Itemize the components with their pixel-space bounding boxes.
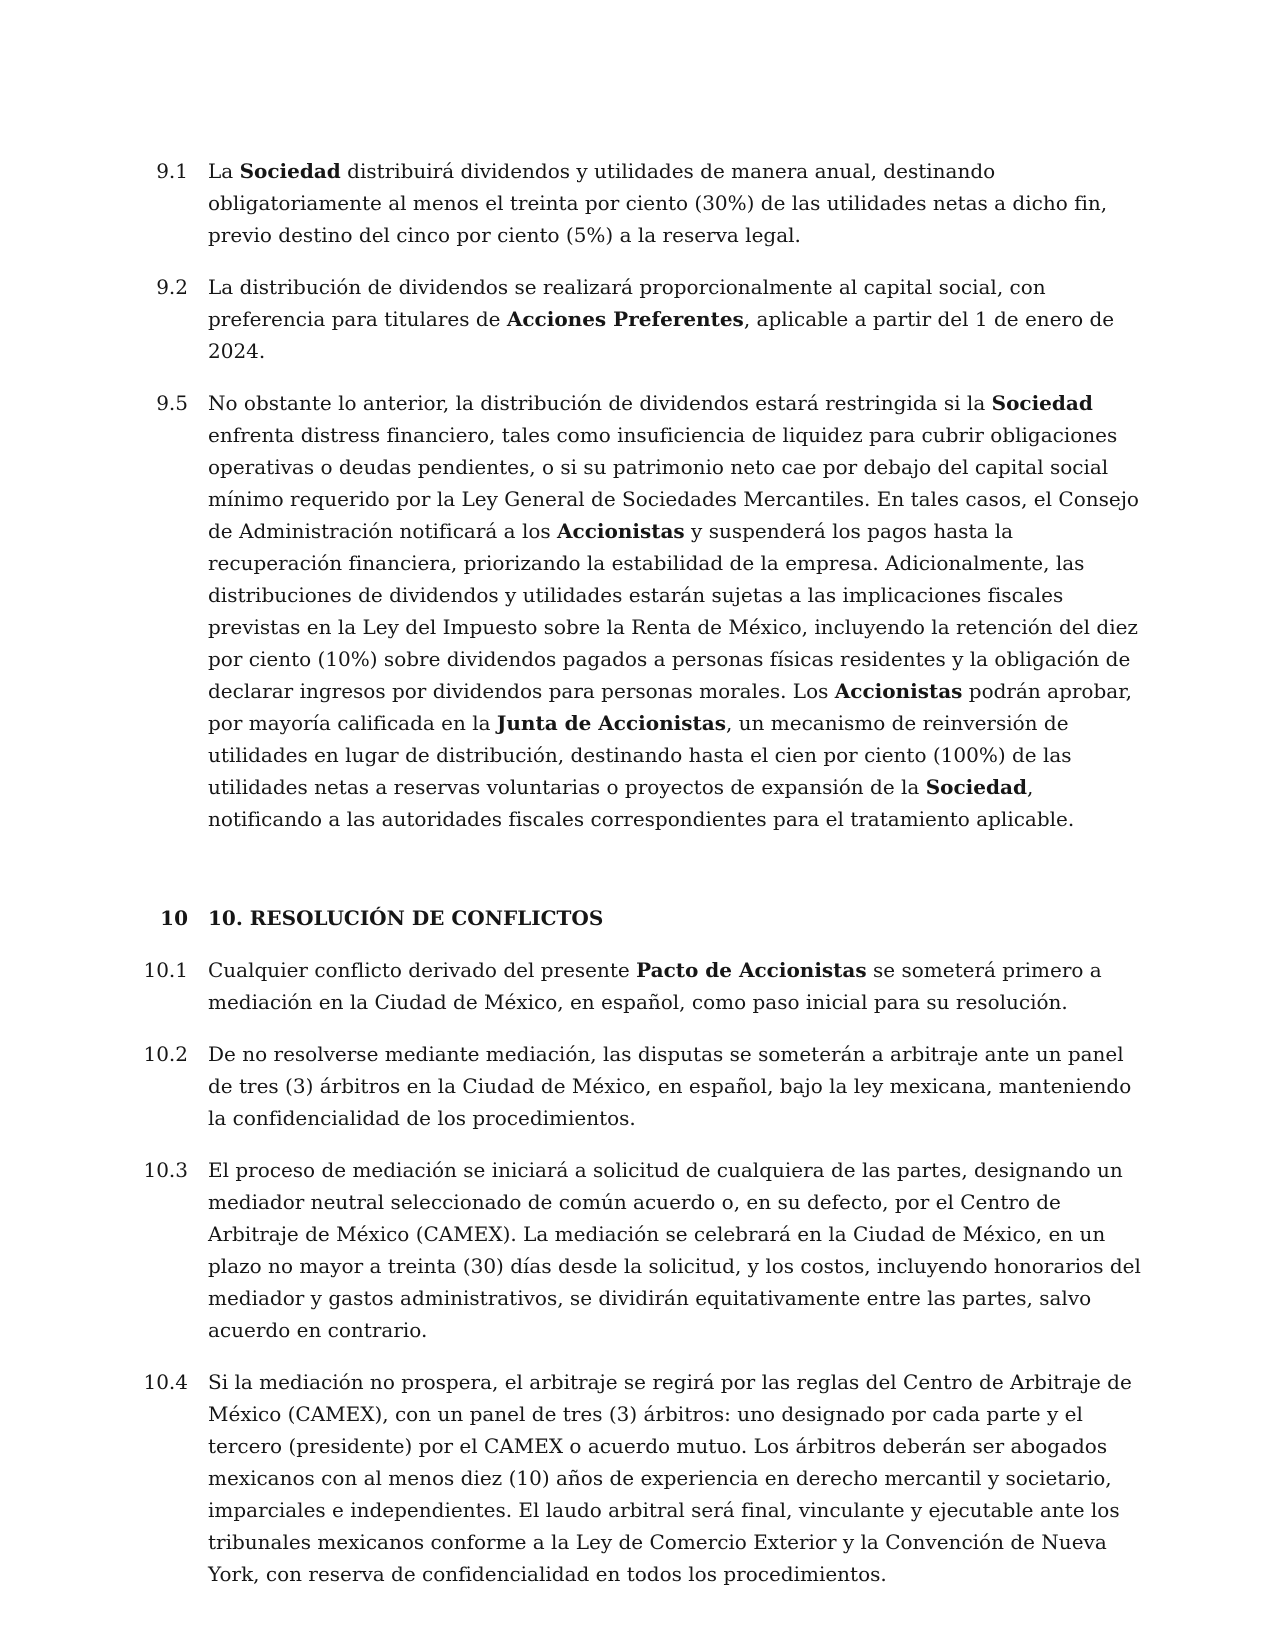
clause-number: 10.3 bbox=[137, 1154, 188, 1346]
clause-item: 10 10. RESOLUCIÓN DE CONFLICTOS bbox=[137, 902, 1148, 934]
clause-item: 9.5 No obstante lo anterior, la distribu… bbox=[137, 387, 1148, 835]
clause-item: 10.1 Cualquier conflicto derivado del pr… bbox=[137, 954, 1148, 1018]
clause-item: 10.4 Si la mediación no prospera, el arb… bbox=[137, 1366, 1148, 1590]
clause-text: El proceso de mediación se iniciará a so… bbox=[208, 1154, 1148, 1346]
clause-number: 10.4 bbox=[137, 1366, 188, 1590]
clause-number: 10.1 bbox=[137, 954, 188, 1018]
clause-number: 10 bbox=[137, 902, 188, 934]
document-page: 9.1 La Sociedad distribuirá dividendos y… bbox=[0, 0, 1275, 1650]
clause-list: 9.1 La Sociedad distribuirá dividendos y… bbox=[137, 155, 1148, 1590]
clause-item: 9.2 La distribución de dividendos se rea… bbox=[137, 271, 1148, 367]
clause-text: No obstante lo anterior, la distribución… bbox=[208, 387, 1148, 835]
clause-text: Si la mediación no prospera, el arbitraj… bbox=[208, 1366, 1148, 1590]
clause-text: De no resolverse mediante mediación, las… bbox=[208, 1038, 1148, 1134]
clause-item: 10.3 El proceso de mediación se iniciará… bbox=[137, 1154, 1148, 1346]
clause-text: La Sociedad distribuirá dividendos y uti… bbox=[208, 155, 1148, 251]
clause-number: 9.2 bbox=[137, 271, 188, 367]
clause-item: 9.1 La Sociedad distribuirá dividendos y… bbox=[137, 155, 1148, 251]
clause-number: 9.5 bbox=[137, 387, 188, 835]
clause-text: La distribución de dividendos se realiza… bbox=[208, 271, 1148, 367]
clause-number: 9.1 bbox=[137, 155, 188, 251]
clause-number: 10.2 bbox=[137, 1038, 188, 1134]
clause-item: 10.2 De no resolverse mediante mediación… bbox=[137, 1038, 1148, 1134]
clause-text: Cualquier conflicto derivado del present… bbox=[208, 954, 1148, 1018]
clause-text: 10. RESOLUCIÓN DE CONFLICTOS bbox=[208, 902, 1148, 934]
